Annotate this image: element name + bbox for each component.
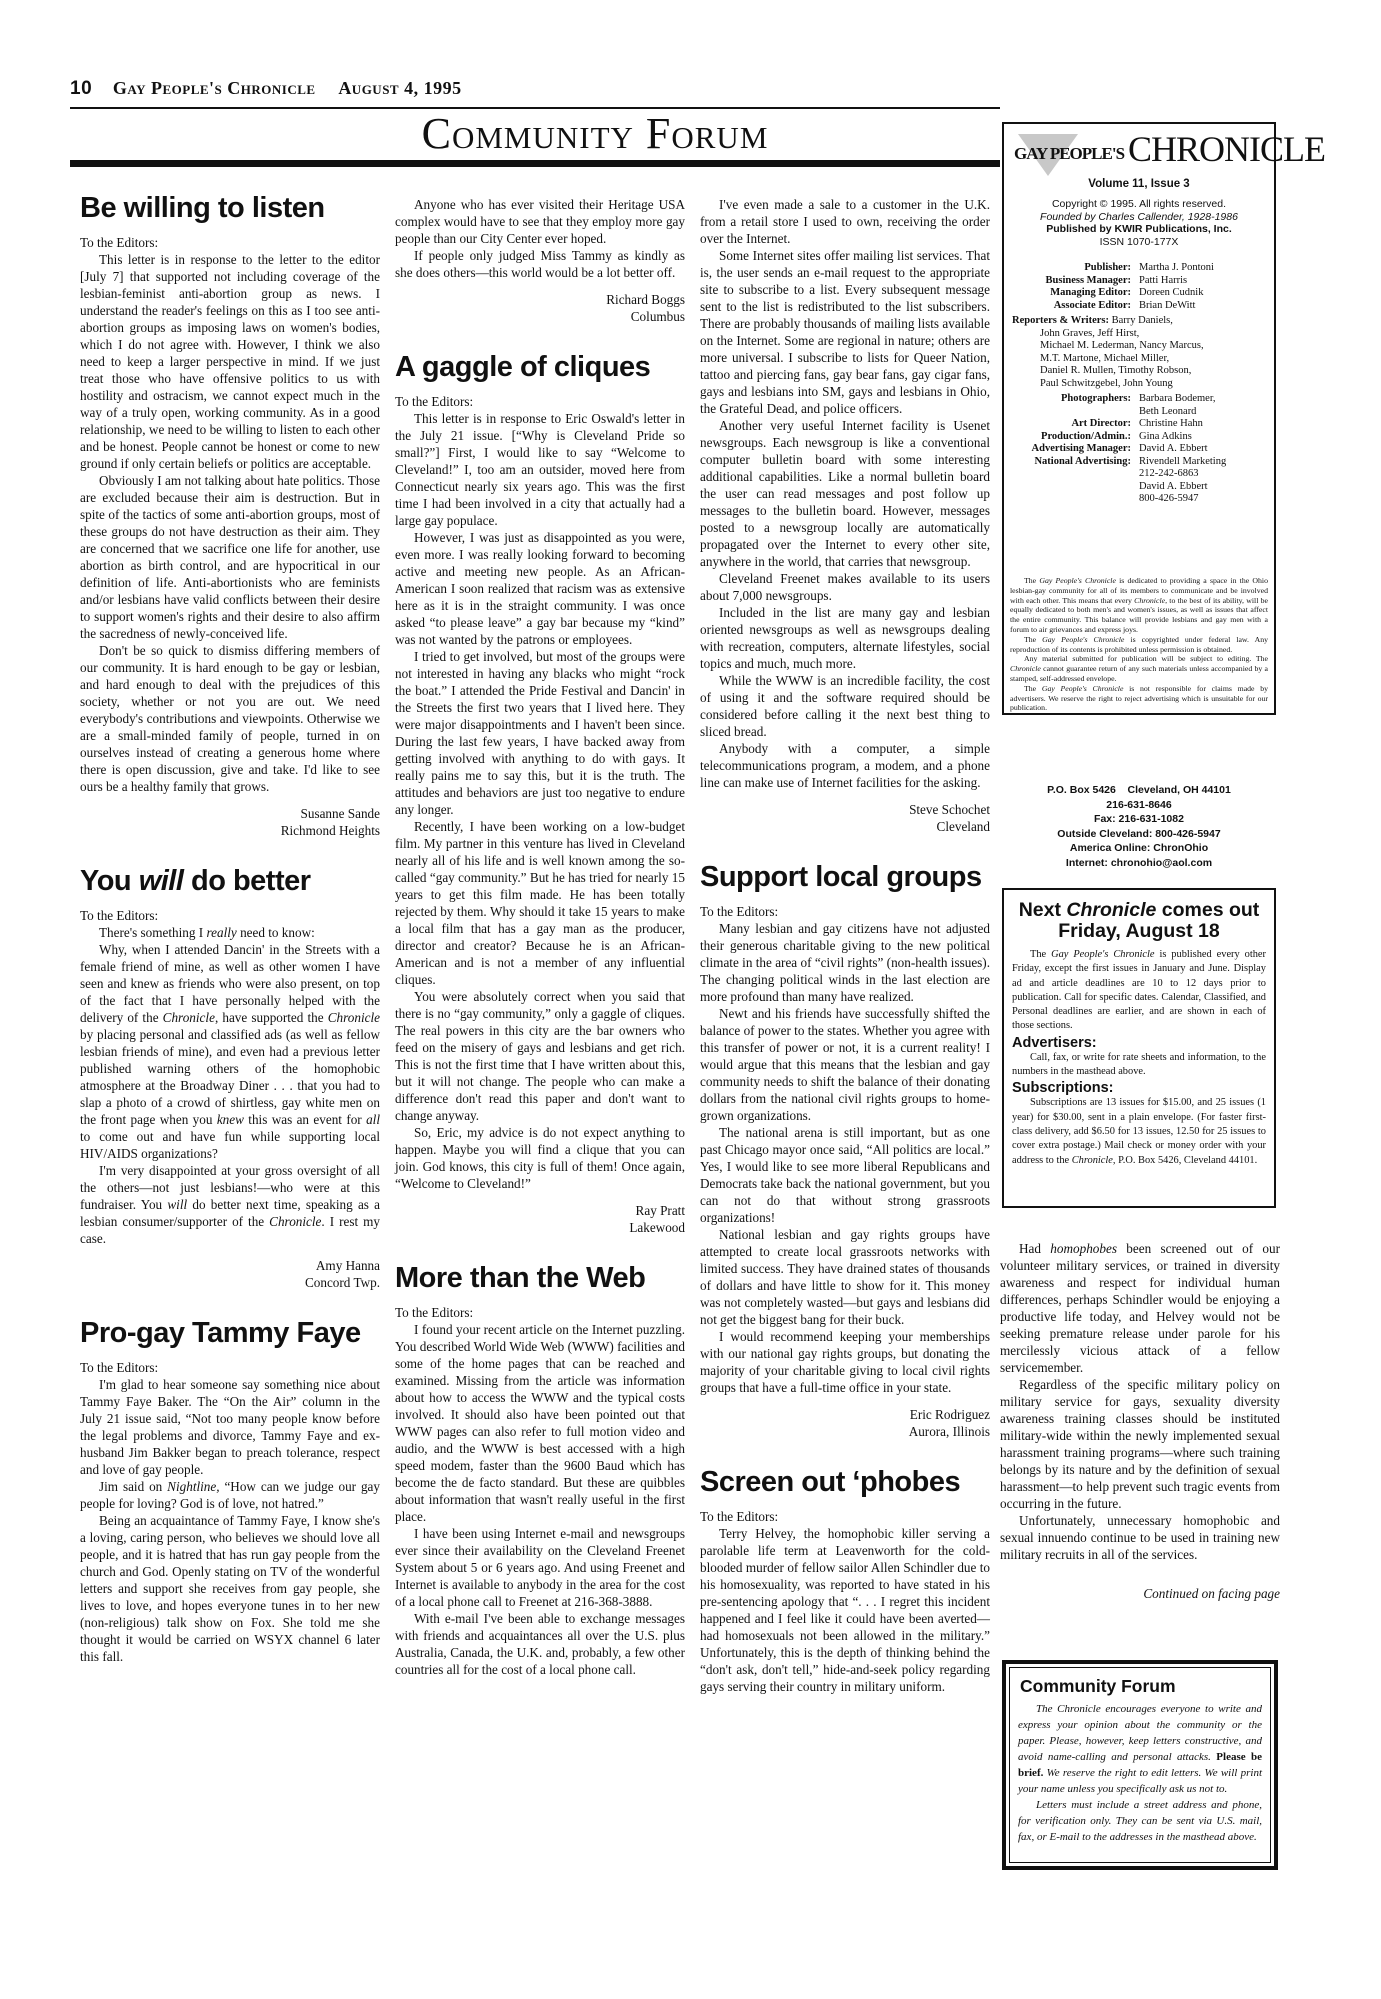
headline: Support local groups (700, 861, 990, 893)
staff-row: 212-242-6863 (1006, 468, 1272, 481)
publisher-company: Published by KWIR Publications, Inc. (1004, 223, 1274, 236)
reporters-line: M.T. Martone, Michael Miller, (1012, 353, 1272, 366)
text: Next (1019, 899, 1067, 921)
author-location: Aurora, Illinois (700, 1423, 990, 1440)
salutation: To the Editors: (80, 234, 380, 251)
author-name: Ray Pratt (395, 1202, 685, 1219)
advertisers-heading: Advertisers: (1012, 1035, 1266, 1051)
paragraph: Included in the list are many gay and le… (700, 604, 990, 672)
paragraph: Unfortunately, unnecessary homophobic an… (1000, 1512, 1280, 1563)
staff-name: David A. Ebbert (1139, 481, 1208, 494)
internet-email: Internet: chronohio@aol.com (1004, 856, 1274, 871)
emphasis: will (167, 1197, 187, 1212)
logo-left-text: GAY PEOPLE'S (1014, 144, 1124, 163)
emphasis: Gay People's Chronicle (1042, 684, 1124, 693)
mission-paragraph: The Gay People's Chronicle is not respon… (1010, 684, 1268, 713)
letter-web: More than the Web To the Editors: I foun… (395, 1262, 685, 1678)
text: There's something I (99, 925, 206, 940)
text: Jim said on (99, 1479, 167, 1494)
staff-role: Art Director: (1006, 418, 1139, 431)
text: The (1030, 949, 1051, 960)
signature: Steve Schochet Cleveland (700, 801, 990, 835)
folio-line: 10 Gay People's Chronicle August 4, 1995 (70, 78, 462, 100)
founded-by: Founded by Charles Callender, 1928-1986 (1004, 211, 1274, 224)
staff-list: Publisher:Martha J. Pontoni Business Man… (1006, 262, 1272, 506)
staff-role: Publisher: (1006, 262, 1139, 275)
staff-row: David A. Ebbert (1006, 481, 1272, 494)
emphasis: Chronicle (1134, 596, 1165, 605)
staff-role: Production/Admin.: (1006, 431, 1139, 444)
salutation: To the Editors: (395, 393, 685, 410)
paragraph: The Chronicle encourages everyone to wri… (1018, 1701, 1262, 1797)
continued-on-facing-page: Continued on facing page (1000, 1585, 1280, 1602)
fax-number: Fax: 216-631-1082 (1004, 812, 1274, 827)
emphasis: Gay People's Chronicle (1039, 576, 1116, 585)
volume-issue: Volume 11, Issue 3 (1004, 178, 1274, 190)
paragraph: There's something I really need to know: (80, 924, 380, 941)
headline: Screen out ‘phobes (700, 1466, 990, 1498)
column-4: Had homophobes been screened out of our … (1000, 1240, 1280, 1602)
text: need to know: (237, 925, 315, 940)
salutation: To the Editors: (700, 903, 990, 920)
paragraph: Cleveland Freenet makes available to its… (700, 570, 990, 604)
emphasis: Gay People's Chronicle (1042, 635, 1124, 644)
letter-be-willing: Be willing to listen To the Editors: Thi… (80, 192, 380, 839)
signature: Ray Pratt Lakewood (395, 1202, 685, 1236)
paragraph: Anyone who has ever visited their Herita… (395, 196, 685, 247)
staff-role (1006, 493, 1139, 506)
newspaper-page: 10 Gay People's Chronicle August 4, 1995… (0, 0, 1381, 1999)
mission-paragraph: Any material submitted for publication w… (1010, 654, 1268, 683)
headline: A gaggle of cliques (395, 351, 685, 383)
section-rule (70, 160, 1000, 167)
headline-part: You (80, 865, 139, 897)
paragraph: With e-mail I've been able to exchange m… (395, 1610, 685, 1678)
staff-row: Associate Editor:Brian DeWitt (1006, 300, 1272, 313)
community-forum-body: The Chronicle encourages everyone to wri… (1018, 1701, 1262, 1845)
paragraph: Newt and his friends have successfully s… (700, 1005, 990, 1124)
author-location: Richmond Heights (80, 822, 380, 839)
mission-paragraph: The Gay People's Chronicle is dedicated … (1010, 576, 1268, 635)
text: comes out (1156, 899, 1259, 921)
headline: You will do better (80, 865, 380, 897)
next-issue-title: Next Chronicle comes out Friday, August … (1012, 900, 1266, 942)
masthead-logo: GAY PEOPLE'SCHRONICLE (1010, 130, 1270, 172)
letter-tammy-faye: Pro-gay Tammy Faye To the Editors: I'm g… (80, 1317, 380, 1665)
headline: Pro-gay Tammy Faye (80, 1317, 380, 1349)
paragraph: I've even made a sale to a customer in t… (700, 196, 990, 247)
text: been screened out of our volunteer milit… (1000, 1241, 1280, 1375)
emphasis: knew (217, 1112, 244, 1127)
reporters-label: Reporters & Writers: (1012, 315, 1109, 326)
reporters-line: John Graves, Jeff Hirst, (1012, 328, 1272, 341)
staff-name: Rivendell Marketing (1139, 456, 1226, 469)
text: The (1024, 635, 1042, 644)
paragraph: Obviously I am not talking about hate po… (80, 472, 380, 642)
letter-web-continued: I've even made a sale to a customer in t… (700, 196, 990, 835)
paragraph: Regardless of the specific military poli… (1000, 1376, 1280, 1512)
staff-name: Martha J. Pontoni (1139, 262, 1214, 275)
aol-handle: America Online: ChronOhio (1004, 841, 1274, 856)
publication-name: Gay People's Chronicle (113, 78, 316, 98)
text: to come out and have fun while supportin… (80, 1129, 380, 1161)
reporters-line: Michael M. Lederman, Nancy Marcus, (1012, 340, 1272, 353)
paragraph: So, Eric, my advice is do not expect any… (395, 1124, 685, 1192)
emphasis: really (206, 925, 236, 940)
staff-row: Production/Admin.:Gina Adkins (1006, 431, 1272, 444)
text: The (1024, 576, 1039, 585)
next-issue-date: Friday, August 18 (1058, 920, 1219, 942)
paragraph: Anybody with a computer, a simple teleco… (700, 740, 990, 791)
paragraph: I'm glad to hear someone say something n… (80, 1376, 380, 1478)
signature: Eric Rodriguez Aurora, Illinois (700, 1406, 990, 1440)
column-2: Anyone who has ever visited their Herita… (395, 196, 685, 1704)
author-name: Richard Boggs (395, 291, 685, 308)
staff-name: David A. Ebbert (1139, 443, 1208, 456)
staff-name: Doreen Cudnik (1139, 287, 1203, 300)
emphasis: Nightline, (167, 1479, 219, 1494)
headline-emphasis: will (139, 865, 184, 897)
paragraph: I would recommend keeping your membershi… (700, 1328, 990, 1396)
signature: Amy Hanna Concord Twp. (80, 1257, 380, 1291)
subscriptions-heading: Subscriptions: (1012, 1080, 1266, 1096)
author-location: Concord Twp. (80, 1274, 380, 1291)
salutation: To the Editors: (80, 907, 380, 924)
column-1: Be willing to listen To the Editors: Thi… (80, 192, 380, 1691)
reporters-line: Paul Schwitzgebel, John Young (1012, 378, 1272, 391)
phone-number: 216-631-8646 (1004, 798, 1274, 813)
page-number: 10 (70, 78, 92, 99)
logo-gay-peoples: GAY PEOPLE'S (1010, 132, 1128, 168)
paragraph: This letter is in response to the letter… (80, 251, 380, 472)
emphasis: Chronicle (1010, 664, 1041, 673)
paragraph: Recently, I have been working on a low-b… (395, 818, 685, 988)
emphasis: Gay People's Chronicle (1051, 949, 1154, 960)
paragraph: Subscriptions are 13 issues for $15.00, … (1012, 1096, 1266, 1167)
staff-role: Photographers: (1006, 393, 1139, 406)
headline: Be willing to listen (80, 192, 380, 224)
staff-row: 800-426-5947 (1006, 493, 1272, 506)
emphasis: Chronicle (269, 1214, 321, 1229)
staff-role: Business Manager: (1006, 275, 1139, 288)
issn: ISSN 1070-177X (1004, 236, 1274, 249)
signature: Susanne Sande Richmond Heights (80, 805, 380, 839)
copyright: Copyright © 1995. All rights reserved. (1004, 198, 1274, 211)
staff-name: Patti Harris (1139, 275, 1187, 288)
emphasis: Chronicle (328, 1010, 380, 1025)
issue-date: August 4, 1995 (338, 78, 461, 98)
letter-you-will: You will do better To the Editors: There… (80, 865, 380, 1291)
staff-row: Publisher:Martha J. Pontoni (1006, 262, 1272, 275)
author-name: Eric Rodriguez (700, 1406, 990, 1423)
paragraph: However, I was just as disappointed as y… (395, 529, 685, 648)
text: The (1024, 684, 1042, 693)
paragraph: I found your recent article on the Inter… (395, 1321, 685, 1525)
paragraph: Had homophobes been screened out of our … (1000, 1240, 1280, 1376)
text: , have supported the (215, 1010, 328, 1025)
emphasis: Chronicle (163, 1010, 215, 1025)
author-name: Steve Schochet (700, 801, 990, 818)
staff-role (1006, 406, 1139, 419)
staff-role: Associate Editor: (1006, 300, 1139, 313)
text: Any material submitted for publication w… (1024, 654, 1268, 663)
staff-role (1006, 468, 1139, 481)
paragraph: Some Internet sites offer mailing list s… (700, 247, 990, 417)
author-name: Amy Hanna (80, 1257, 380, 1274)
author-location: Lakewood (395, 1219, 685, 1236)
section-title: Community Forum (70, 108, 1000, 159)
paragraph: Call, fax, or write for rate sheets and … (1012, 1051, 1266, 1080)
paragraph: Don't be so quick to dismiss differing m… (80, 642, 380, 795)
letter-tammy-faye-continued: Anyone who has ever visited their Herita… (395, 196, 685, 325)
text: P.O. Box 5426, Cleveland 44101. (1116, 1155, 1258, 1166)
community-forum-title: Community Forum (1020, 1676, 1262, 1697)
contact-info: P.O. Box 5426 Cleveland, OH 44101 216-63… (1004, 783, 1274, 870)
text: Had (1019, 1241, 1050, 1256)
paragraph: Jim said on Nightline, “How can we judge… (80, 1478, 380, 1512)
author-location: Columbus (395, 308, 685, 325)
emphasis: Chronicle (1066, 899, 1156, 921)
staff-role: Managing Editor: (1006, 287, 1139, 300)
paragraph: The national arena is still important, b… (700, 1124, 990, 1226)
staff-row: Advertising Manager:David A. Ebbert (1006, 443, 1272, 456)
paragraph: National lesbian and gay rights groups h… (700, 1226, 990, 1328)
staff-row: Photographers:Barbara Bodemer, (1006, 393, 1272, 406)
paragraph: Being an acquaintance of Tammy Faye, I k… (80, 1512, 380, 1665)
staff-role: Advertising Manager: (1006, 443, 1139, 456)
emphasis: homophobes (1050, 1241, 1117, 1256)
letter-gaggle: A gaggle of cliques To the Editors: This… (395, 351, 685, 1236)
mission-statement: The Gay People's Chronicle is dedicated … (1010, 576, 1268, 713)
reporters-line: Daniel R. Mullen, Timothy Robson, (1012, 365, 1272, 378)
salutation: To the Editors: (80, 1359, 380, 1376)
paragraph: Letters must include a street address an… (1018, 1797, 1262, 1845)
community-forum-inner: Community Forum The Chronicle encourages… (1009, 1667, 1271, 1863)
logo-chronicle: CHRONICLE (1128, 130, 1325, 168)
next-issue-body: The Gay People's Chronicle is published … (1012, 948, 1266, 1168)
text: cannot guarantee return of any such mate… (1010, 664, 1268, 683)
staff-role: National Advertising: (1006, 456, 1139, 469)
emphasis: Chronicle, (1072, 1155, 1116, 1166)
outside-cleveland-number: Outside Cleveland: 800-426-5947 (1004, 827, 1274, 842)
staff-name: 800-426-5947 (1139, 493, 1199, 506)
headline-part: do better (183, 865, 310, 897)
paragraph: I tried to get involved, but most of the… (395, 648, 685, 818)
paragraph: While the WWW is an incredible facility,… (700, 672, 990, 740)
staff-row: Beth Leonard (1006, 406, 1272, 419)
staff-row: Business Manager:Patti Harris (1006, 275, 1272, 288)
paragraph: You were absolutely correct when you sai… (395, 988, 685, 1124)
letter-support: Support local groups To the Editors: Man… (700, 861, 990, 1440)
paragraph: Why, when I attended Dancin' in the Stre… (80, 941, 380, 1162)
staff-role (1006, 481, 1139, 494)
paragraph: Another very useful Internet facility is… (700, 417, 990, 570)
next-issue-box: Next Chronicle comes out Friday, August … (1002, 888, 1276, 1208)
paragraph: The Gay People's Chronicle is published … (1012, 948, 1266, 1034)
letter-screen: Screen out ‘phobes To the Editors: Terry… (700, 1466, 990, 1695)
masthead-publication-info: Copyright © 1995. All rights reserved. F… (1004, 198, 1274, 248)
staff-name: Christine Hahn (1139, 418, 1203, 431)
paragraph: This letter is in response to Eric Oswal… (395, 410, 685, 529)
staff-row: Art Director:Christine Hahn (1006, 418, 1272, 431)
paragraph: I have been using Internet e-mail and ne… (395, 1525, 685, 1610)
staff-name: Barbara Bodemer, (1139, 393, 1216, 406)
reporters-line: Barry Daniels, (1112, 315, 1173, 326)
text: is published every other Friday, except … (1012, 949, 1266, 1031)
staff-name: Gina Adkins (1139, 431, 1192, 444)
paragraph: Many lesbian and gay citizens have not a… (700, 920, 990, 1005)
text: this was an event for (244, 1112, 366, 1127)
mission-paragraph: The Gay People's Chronicle is copyrighte… (1010, 635, 1268, 655)
letter-screen-continued: Had homophobes been screened out of our … (1000, 1240, 1280, 1602)
staff-row: National Advertising:Rivendell Marketing (1006, 456, 1272, 469)
paragraph: If people only judged Miss Tammy as kind… (395, 247, 685, 281)
staff-row: Managing Editor:Doreen Cudnik (1006, 287, 1272, 300)
staff-name: Brian DeWitt (1139, 300, 1195, 313)
signature: Richard Boggs Columbus (395, 291, 685, 325)
author-name: Susanne Sande (80, 805, 380, 822)
emphasis: all (366, 1112, 380, 1127)
column-3: I've even made a sale to a customer in t… (700, 196, 990, 1721)
staff-name: Beth Leonard (1139, 406, 1196, 419)
postal-address: P.O. Box 5426 Cleveland, OH 44101 (1004, 783, 1274, 798)
salutation: To the Editors: (395, 1304, 685, 1321)
reporters-writers: Reporters & Writers: Barry Daniels, John… (1012, 315, 1272, 390)
text: We reserve the right to edit letters. We… (1018, 1767, 1262, 1795)
salutation: To the Editors: (700, 1508, 990, 1525)
staff-name: 212-242-6863 (1139, 468, 1199, 481)
author-location: Cleveland (700, 818, 990, 835)
paragraph: I'm very disappointed at your gross over… (80, 1162, 380, 1247)
headline: More than the Web (395, 1262, 685, 1294)
paragraph: Terry Helvey, the homophobic killer serv… (700, 1525, 990, 1695)
